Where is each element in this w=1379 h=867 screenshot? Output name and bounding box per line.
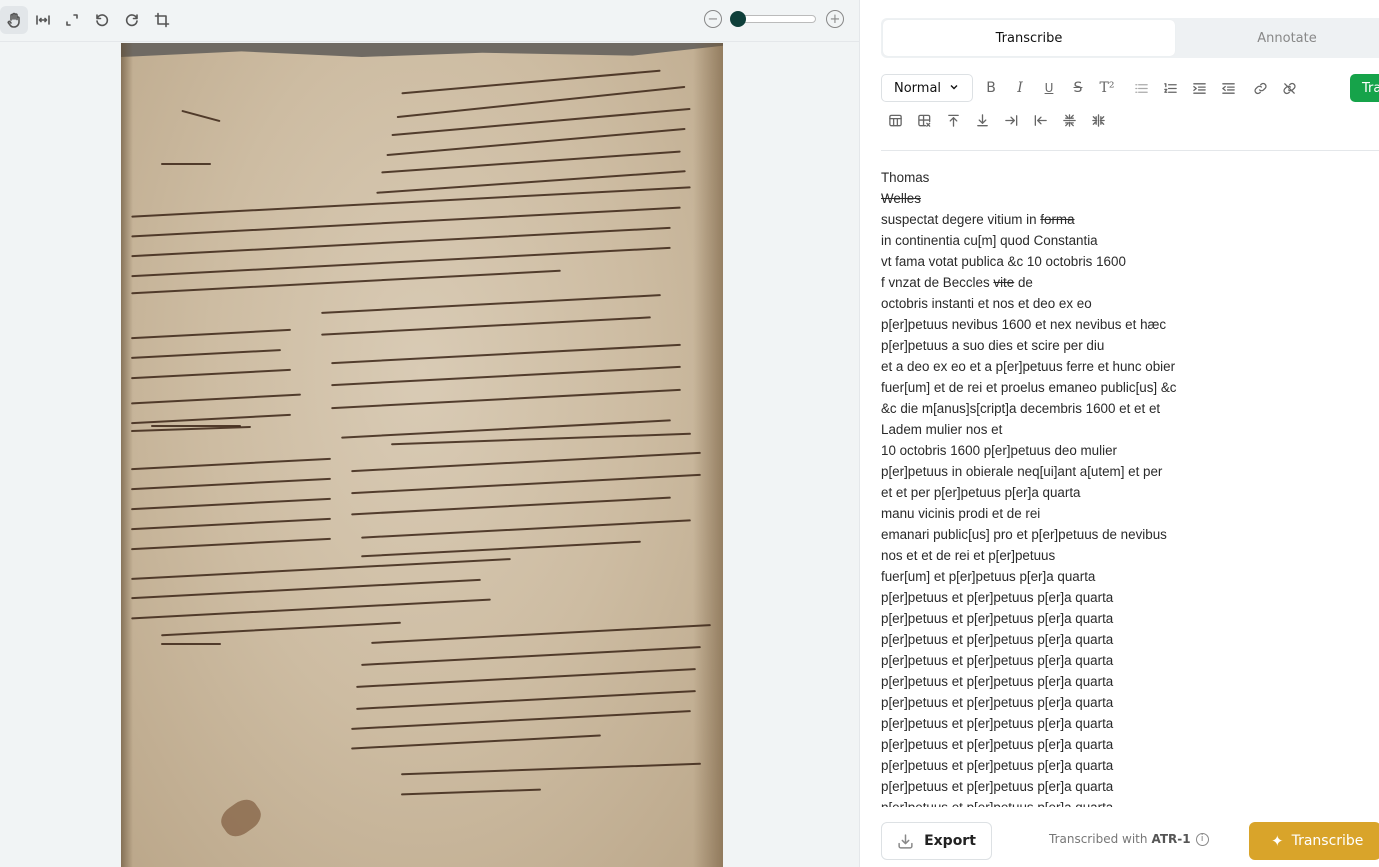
line-text: p[er]petuus et p[er]petuus p[er]a quarta — [881, 632, 1113, 647]
toolbar-divider — [881, 150, 1379, 151]
line-text: p[er]petuus in obierale neq[ui]ant a[ute… — [881, 464, 1162, 479]
transcription-line[interactable]: Thomas — [881, 167, 1361, 188]
strikethrough-icon: S — [1074, 80, 1083, 96]
rotate-ccw-icon — [94, 12, 110, 28]
bullet-list-button[interactable] — [1129, 76, 1153, 100]
line-text: p[er]petuus nevibus 1600 et nex nevibus … — [881, 317, 1166, 332]
line-text: vt fama votat publica &c 10 octobris 160… — [881, 254, 1126, 269]
zoom-control: − + — [704, 10, 844, 28]
line-text: p[er]petuus a suo dies et scire per diu — [881, 338, 1104, 353]
insert-table-button[interactable] — [883, 108, 907, 132]
outdent-button[interactable] — [1216, 76, 1240, 100]
strikethrough-button[interactable]: S — [1066, 76, 1090, 100]
rotate-right-button[interactable] — [118, 6, 146, 34]
transcription-line[interactable]: in continentia cu[m] quod Constantia — [881, 230, 1361, 251]
line-text: in continentia cu[m] quod Constantia — [881, 233, 1098, 248]
tab-annotate[interactable]: Annotate — [1177, 20, 1379, 56]
delete-table-button[interactable] — [912, 108, 936, 132]
transcription-line[interactable]: Welles — [881, 188, 1361, 209]
line-text: Ladem mulier nos et — [881, 422, 1002, 437]
export-label: Export — [924, 833, 976, 849]
insert-row-below-button[interactable] — [970, 108, 994, 132]
italic-button[interactable]: I — [1008, 76, 1032, 100]
transcription-line[interactable]: fuer[um] et de rei et proelus emaneo pub… — [881, 377, 1361, 398]
struck-text: vite — [993, 275, 1014, 290]
insert-column-right-button[interactable] — [999, 108, 1023, 132]
line-text: p[er]petuus et p[er]petuus p[er]a quarta — [881, 779, 1113, 794]
download-icon — [897, 833, 914, 850]
underline-button[interactable]: U — [1037, 76, 1061, 100]
fit-width-button[interactable] — [29, 6, 57, 34]
viewer-toolbar: − + — [0, 0, 860, 42]
line-text: p[er]petuus et p[er]petuus p[er]a quarta — [881, 653, 1113, 668]
line-text: fuer[um] et de rei et proelus emaneo pub… — [881, 380, 1177, 395]
transcription-line[interactable]: p[er]petuus et p[er]petuus p[er]a quarta — [881, 734, 1361, 755]
manuscript-image[interactable] — [121, 43, 723, 867]
image-viewer: − + — [0, 0, 860, 867]
transcription-line[interactable]: 10 octobris 1600 p[er]petuus deo mulier — [881, 440, 1361, 461]
mode-tabs: Transcribe Annotate — [881, 18, 1379, 58]
superscript-icon: T² — [1100, 80, 1115, 96]
line-text: p[er]petuus et p[er]petuus p[er]a quarta — [881, 590, 1113, 605]
transcription-line[interactable]: p[er]petuus nevibus 1600 et nex nevibus … — [881, 314, 1361, 335]
minus-icon: − — [708, 13, 719, 26]
page-shadow-right — [693, 43, 723, 867]
zoom-in-button[interactable]: + — [826, 10, 844, 28]
numbered-list-button[interactable] — [1158, 76, 1182, 100]
line-text: nos et et de rei et p[er]petuus — [881, 548, 1055, 563]
line-text: et et per p[er]petuus p[er]a quarta — [881, 485, 1081, 500]
export-button[interactable]: Export — [881, 822, 992, 860]
green-action-label: Tra — [1362, 81, 1379, 96]
line-text-after: de — [1014, 275, 1033, 290]
bold-button[interactable]: B — [979, 76, 1003, 100]
sparkle-icon: ✦ — [1271, 832, 1284, 850]
line-text: fuer[um] et p[er]petuus p[er]a quarta — [881, 569, 1095, 584]
pan-tool-button[interactable] — [0, 6, 28, 34]
delete-row-button[interactable] — [1057, 108, 1081, 132]
app-root: − + — [0, 0, 1379, 867]
line-text: emanari public[us] pro et p[er]petuus de… — [881, 527, 1167, 542]
transcription-line[interactable]: &c die m[anus]s[cript]a decembris 1600 e… — [881, 398, 1361, 419]
tab-transcribe[interactable]: Transcribe — [883, 20, 1175, 56]
line-text: &c die m[anus]s[cript]a decembris 1600 e… — [881, 401, 1160, 416]
transcription-line[interactable]: p[er]petuus et p[er]petuus p[er]a quarta — [881, 650, 1361, 671]
unlink-icon — [1282, 81, 1297, 96]
transcription-line[interactable]: suspectat degere vitium in forma — [881, 209, 1361, 230]
page-shadow-left — [121, 43, 133, 867]
line-text: p[er]petuus et p[er]petuus p[er]a quarta — [881, 674, 1113, 689]
outdent-icon — [1221, 81, 1236, 96]
italic-icon: I — [1017, 80, 1023, 96]
bullet-list-icon — [1134, 81, 1149, 96]
transcription-line[interactable]: p[er]petuus et p[er]petuus p[er]a quarta — [881, 713, 1361, 734]
torn-edge — [121, 43, 723, 57]
delete-column-button[interactable] — [1086, 108, 1110, 132]
plus-icon: + — [830, 13, 841, 26]
line-text: p[er]petuus et p[er]petuus p[er]a quarta — [881, 611, 1113, 626]
transcription-line[interactable]: nos et et de rei et p[er]petuus — [881, 545, 1361, 566]
line-text: p[er]petuus et p[er]petuus p[er]a quarta — [881, 695, 1113, 710]
line-text: octobris instanti et nos et deo ex eo — [881, 296, 1092, 311]
delete-column-icon — [1091, 113, 1106, 128]
transcription-line[interactable]: et a deo ex eo et a p[er]petuus ferre et… — [881, 356, 1361, 377]
superscript-button[interactable]: T² — [1095, 76, 1119, 100]
link-button[interactable] — [1248, 76, 1272, 100]
transcription-line[interactable]: p[er]petuus in obierale neq[ui]ant a[ute… — [881, 461, 1361, 482]
fullscreen-button[interactable] — [58, 6, 86, 34]
fit-width-icon — [35, 12, 51, 28]
delete-row-icon — [1062, 113, 1077, 128]
info-icon[interactable]: i — [1196, 833, 1209, 846]
unlink-button[interactable] — [1277, 76, 1301, 100]
zoom-out-button[interactable]: − — [704, 10, 722, 28]
line-text: p[er]petuus et p[er]petuus p[er]a quarta — [881, 716, 1113, 731]
transcription-line[interactable]: Ladem mulier nos et — [881, 419, 1361, 440]
numbered-list-icon — [1163, 81, 1178, 96]
transcription-line[interactable]: p[er]petuus et p[er]petuus p[er]a quarta — [881, 776, 1361, 797]
link-icon — [1253, 81, 1268, 96]
insert-row-above-button[interactable] — [941, 108, 965, 132]
zoom-slider-thumb[interactable] — [730, 11, 746, 27]
line-text: p[er]petuus et p[er]petuus p[er]a quarta — [881, 737, 1113, 752]
transcription-line[interactable]: octobris instanti et nos et deo ex eo — [881, 293, 1361, 314]
transcription-line[interactable]: p[er]petuus et p[er]petuus p[er]a quarta — [881, 692, 1361, 713]
line-text: Thomas — [881, 170, 929, 185]
crop-button[interactable] — [148, 6, 176, 34]
insert-column-left-button[interactable] — [1028, 108, 1052, 132]
arrow-down-to-line-icon — [975, 113, 990, 128]
chevron-down-icon — [949, 82, 959, 95]
struck-text: Welles — [881, 191, 921, 206]
arrow-right-to-line-icon — [1004, 113, 1019, 128]
transcription-line[interactable]: p[er]petuus a suo dies et scire per diu — [881, 335, 1361, 356]
transcription-line[interactable]: fuer[um] et p[er]petuus p[er]a quarta — [881, 566, 1361, 587]
zoom-slider[interactable] — [738, 15, 816, 23]
ink-stain — [216, 794, 266, 842]
crop-icon — [154, 12, 170, 28]
transcription-line[interactable]: p[er]petuus et p[er]petuus p[er]a quarta — [881, 629, 1361, 650]
bold-icon: B — [986, 80, 996, 96]
arrow-left-to-line-icon — [1033, 113, 1048, 128]
line-text: p[er]petuus et p[er]petuus p[er]a quarta — [881, 758, 1113, 773]
hand-icon — [6, 12, 22, 28]
transcription-line[interactable]: et et per p[er]petuus p[er]a quarta — [881, 482, 1361, 503]
transcribed-with-note: Transcribed with ATR-1 i — [1049, 832, 1209, 846]
rotate-left-button[interactable] — [88, 6, 116, 34]
transcription-editor[interactable]: ThomasWellessuspectat degere vitium in f… — [881, 167, 1361, 807]
indent-button[interactable] — [1187, 76, 1211, 100]
transcribed-with-text: Transcribed with — [1049, 832, 1147, 846]
arrow-up-to-line-icon — [946, 113, 961, 128]
line-text: et a deo ex eo et a p[er]petuus ferre et… — [881, 359, 1175, 374]
tab-transcribe-label: Transcribe — [996, 31, 1063, 46]
expand-icon — [64, 12, 80, 28]
line-text: suspectat degere vitium in — [881, 212, 1040, 227]
paragraph-style-select[interactable]: Normal — [881, 74, 973, 102]
transcription-line[interactable]: p[er]petuus et p[er]petuus p[er]a quarta — [881, 797, 1361, 807]
line-text: p[er]petuus et p[er]petuus p[er]a quarta — [881, 800, 1113, 807]
delete-table-icon — [917, 113, 932, 128]
struck-text: forma — [1040, 212, 1074, 227]
tab-annotate-label: Annotate — [1257, 31, 1316, 46]
underline-icon: U — [1045, 81, 1054, 95]
model-name: ATR-1 — [1151, 832, 1190, 846]
paragraph-style-value: Normal — [894, 81, 941, 96]
transcription-line[interactable]: p[er]petuus et p[er]petuus p[er]a quarta — [881, 608, 1361, 629]
line-text: manu vicinis prodi et de rei — [881, 506, 1040, 521]
panel-footer: Export Transcribed with ATR-1 i ✦ Transc… — [861, 812, 1379, 867]
line-text: f vnzat de Beccles — [881, 275, 993, 290]
rotate-cw-icon — [124, 12, 140, 28]
transcribe-button[interactable]: ✦ Transcribe — [1249, 822, 1379, 860]
green-action-button[interactable]: Tra — [1350, 74, 1379, 102]
transcription-line[interactable]: vt fama votat publica &c 10 octobris 160… — [881, 251, 1361, 272]
transcription-line[interactable]: p[er]petuus et p[er]petuus p[er]a quarta — [881, 755, 1361, 776]
line-text: 10 octobris 1600 p[er]petuus deo mulier — [881, 443, 1117, 458]
transcription-line[interactable]: p[er]petuus et p[er]petuus p[er]a quarta — [881, 671, 1361, 692]
transcription-line[interactable]: f vnzat de Beccles vite de — [881, 272, 1361, 293]
transcription-line[interactable]: emanari public[us] pro et p[er]petuus de… — [881, 524, 1361, 545]
transcribe-label: Transcribe — [1292, 833, 1364, 849]
transcription-panel: Transcribe Annotate Normal B I U S T² — [861, 0, 1379, 867]
transcription-line[interactable]: p[er]petuus et p[er]petuus p[er]a quarta — [881, 587, 1361, 608]
transcription-line[interactable]: manu vicinis prodi et de rei — [881, 503, 1361, 524]
indent-icon — [1192, 81, 1207, 96]
insert-table-icon — [888, 113, 903, 128]
